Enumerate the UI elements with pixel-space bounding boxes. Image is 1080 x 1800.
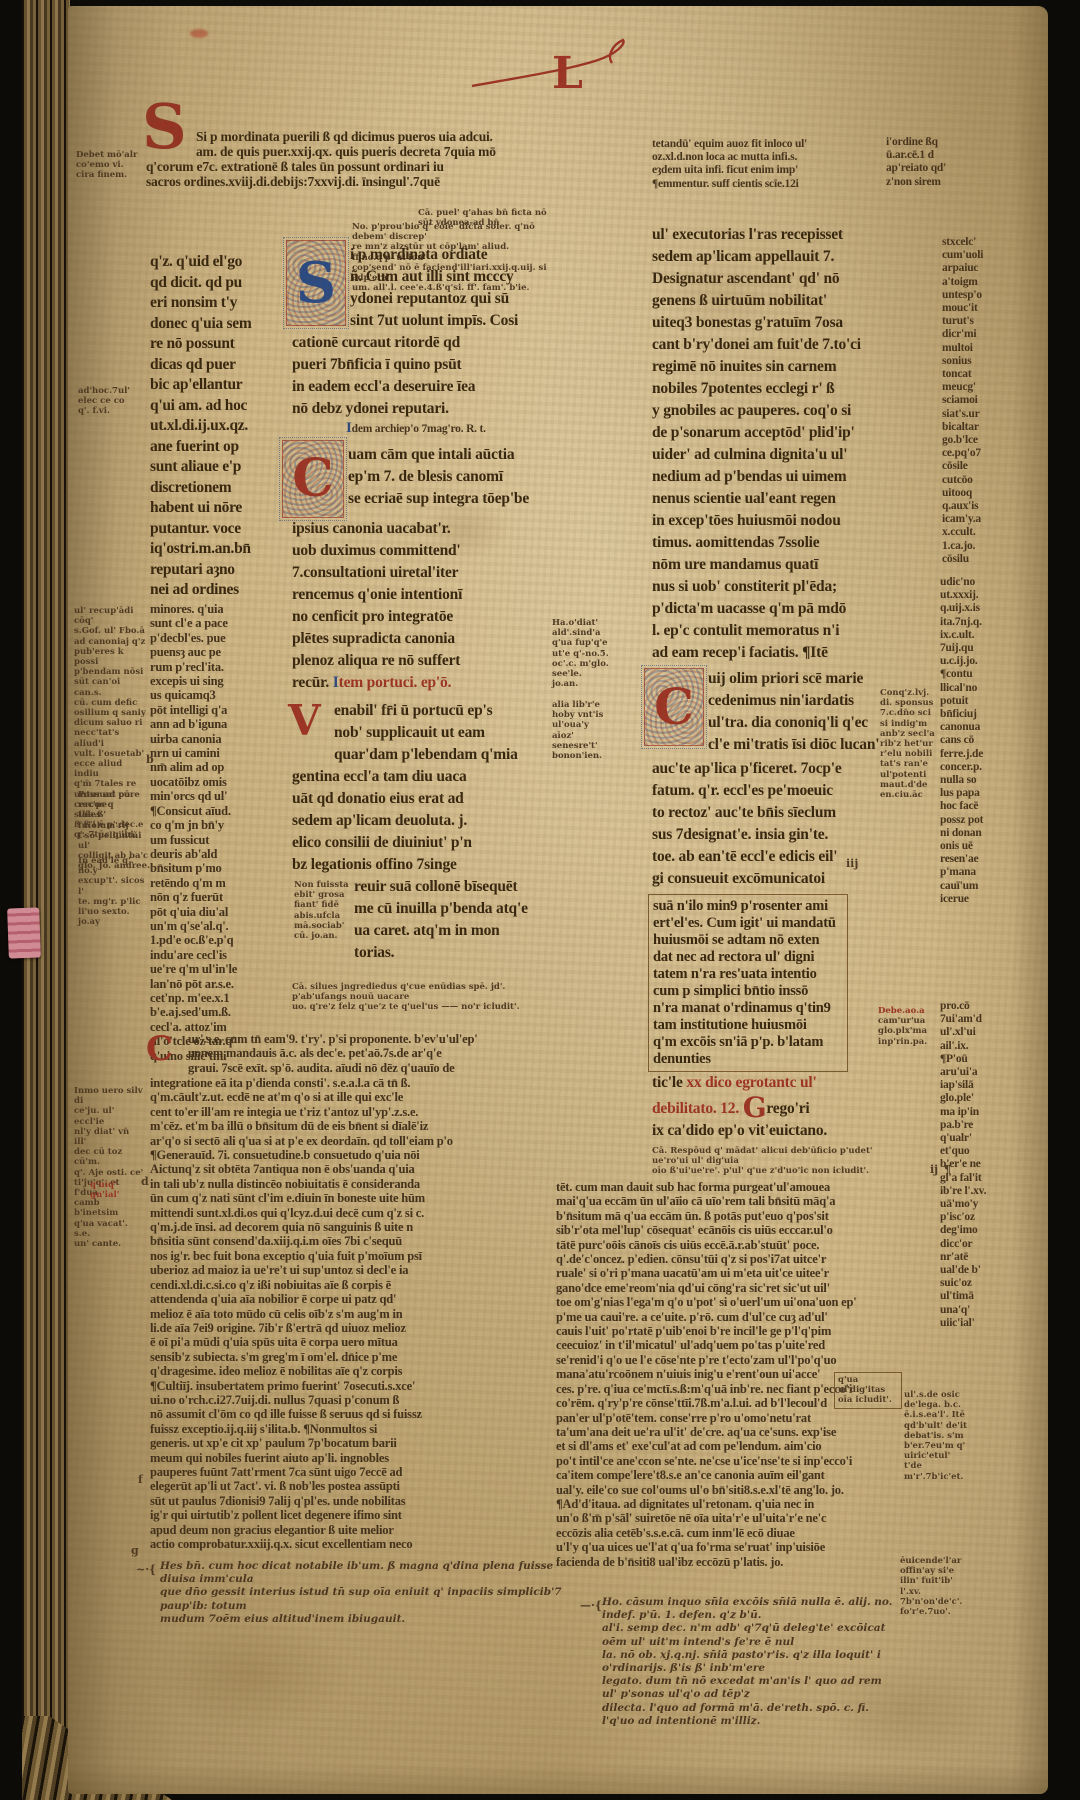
gloss-narrow-column: q'z. q'uid el'goqd dicit. qd pueri nonsi…: [150, 252, 288, 601]
margin-note: Conq'z.lvj.di. sponsus7.c.dn̄o scisi ind…: [880, 688, 938, 800]
main-text: ipsius canonia uacabat'r.uob duximus com…: [292, 518, 548, 672]
boxed-text: suā n'ilo min9 p'rosenter amiert'el'es. …: [653, 898, 843, 1068]
margin-note-red: Debe.ao.a: [878, 1006, 925, 1016]
main-text: i p mordinata ordiateñ. Cum aut illi sin…: [350, 244, 548, 332]
decorated-initial-c: C: [282, 440, 344, 518]
red-ink-smudge: [190, 29, 208, 38]
margin-gloss-column: udic'nout.xxxij.q.uij.x.isita.7nj.q.ix.c…: [940, 576, 1028, 906]
initial-v-red: V: [288, 700, 321, 742]
quire-mark-flourish-icon: L: [468, 36, 648, 102]
margin-note: ad'hoc.7ul'elec ce coq'. f.vi.: [78, 386, 140, 417]
initial-letter: C: [654, 682, 694, 732]
gloss-intro: q'corum e7c. extrationē ß tales ūn possu…: [146, 160, 548, 190]
margin-note-text: cam'ur'uaglo.plx'mainp'rin.pa.: [878, 1016, 936, 1047]
margin-note: Debe.ao.a cam'ur'uaglo.plx'mainp'rin.pa.: [878, 1006, 936, 1047]
margin-note-text: q'ua ul'dig'itasoīa icludit'.: [838, 1375, 898, 1406]
bookmark-ribbon: [7, 907, 41, 958]
commentary-block: ur'.s.e. cum tn̄ eam'9. t'ry'. p'si prop…: [188, 1032, 548, 1075]
section-numeral: iij: [846, 858, 858, 869]
footnote: Ho. cāsum inquo sn̄ia excōis sn̄iā nulla…: [602, 1596, 898, 1728]
manuscript-photo: L Debet mō'alrco'emo vi.cira finem. ad'h…: [0, 0, 1080, 1800]
main-text-item-line: recūr. Item portuci. ep'ō.: [292, 672, 548, 694]
initial-s-red: S: [142, 96, 187, 158]
main-text: cationē curcaut ritordē qdpueri 7bn̄fici…: [292, 332, 548, 420]
margin-letter: g: [131, 1545, 139, 1556]
margin-gloss-column: pro.cō7ui'am'dul'.xl'uiail'.ix.¶P'oūaru'…: [940, 1000, 1028, 1330]
rubric-line: tic'le xx dico egrotantc ul': [652, 1072, 884, 1094]
boxed-margin-note: q'ua ul'dig'itasoīa icludit'.: [834, 1372, 902, 1409]
gloss-footer: Cā. silues jngrediedus q'cue enūdias spē…: [292, 982, 550, 1013]
rubric-line: debilitato. 12. Grego'ri: [652, 1094, 884, 1122]
margin-note-red: q'uīq'gn'ial': [90, 1180, 140, 1200]
rubric-line: ix ca'dido ep'o vit'euictano.: [652, 1120, 884, 1142]
main-text: auc'te ap'lica p'ficeret. 7ocp'efatum. q…: [652, 758, 882, 890]
section-numeral: ij: [930, 1164, 938, 1175]
margin-note: In ead'le g'. no.yexcup't'. sicos l'te. …: [78, 856, 146, 927]
main-text: gentina eccl'a tam diu uacauāt qd donati…: [292, 766, 548, 876]
gloss-top: tetandū' equim auoz fit inloco ul'oz.xl.…: [652, 138, 882, 191]
margin-letter: f: [138, 1474, 143, 1485]
address-text: dem archiep'o 7mag'ro. R. t.: [352, 423, 486, 435]
line-fragment: recūr.: [292, 674, 333, 691]
gloss-intro: Si p mordinata puerili ß qd dicimus puer…: [196, 130, 548, 160]
main-text: uam cām que intali aūctiaep'm 7. de bles…: [348, 444, 548, 510]
interlinear-note: Non fuisstaebit' grosafiant' fidēabis.uf…: [294, 880, 350, 941]
rubric-text: xx dico egrotantc ul': [686, 1074, 816, 1091]
main-text: enabil' fr̄i ū portucū ep'snob' supplica…: [334, 700, 548, 766]
margin-gloss-column: stxcelc'cum'uoliarpaiuca'toigmuntesp'omo…: [942, 236, 1028, 566]
margin-letter: d: [141, 1176, 149, 1187]
margin-note: ēuicende'l'aroffin'ay si'eilin' fuit'ib'…: [900, 1556, 966, 1617]
initial-letter: S: [296, 255, 336, 311]
svg-text:L: L: [552, 48, 583, 99]
decorated-initial-s: S: [286, 240, 346, 326]
line-fragment: rego'ri: [766, 1100, 809, 1117]
decorated-initial-c: C: [644, 668, 704, 746]
margin-note: Inmo uero silv dice'ju. ul' eccl'ienl'y …: [74, 1086, 144, 1249]
rubric-text: debilitato. 12.: [652, 1100, 739, 1117]
margin-note: ul'.s.de osicde'lega. b.c.ē.i.s.ea'l'. I…: [904, 1390, 970, 1482]
page-stack-edge: [22, 0, 70, 1800]
initial-letter: C: [292, 453, 333, 505]
margin-note: Debet mō'alrco'emo vi.cira finem.: [76, 150, 140, 181]
gloss-mid: Cā. Respōud q' mādat' alicui deb'ūficio …: [652, 1146, 882, 1177]
main-text: uij olim priori scē mariecedenimus nin'i…: [708, 668, 882, 756]
line-fragment: tic'le: [652, 1074, 686, 1091]
rubric-text: tem portuci. ep'ō.: [339, 674, 452, 691]
margin-gloss: i'ordine ßqū.ar.cē.1 dap'reiato qd'z'non…: [886, 136, 1034, 189]
main-text: ul' executorias l'ras recepissetsedem ap…: [652, 224, 882, 664]
commentary-block: integratione eā ita p'dienda consti'. s.…: [150, 1076, 548, 1551]
main-text: reuir suā collonē bīsequētme cū inuilla …: [354, 876, 548, 964]
boxed-addition: suā n'ilo min9 p'rosenter amiert'el'es. …: [648, 894, 848, 1072]
gloss-narrow-column: minores. q'uiasunt cl'e a pacep'decbl'es…: [150, 602, 288, 1063]
footnote-tie-mark: —·{: [580, 1600, 602, 1611]
footnote: Hes bn̄. cum hoc dicat notabile ib'um. ß…: [160, 1560, 564, 1626]
quire-mark: L: [468, 36, 648, 107]
interlinear-note: alia lib'r'ehoby vnt'isul'oua'y aīoz'sen…: [552, 700, 610, 761]
rubric-address: Idem archiep'o 7mag'ro. R. t.: [346, 422, 550, 436]
interlinear-note: Ha.o'diat'ald'.sind'aq'ua fup'q'eut'e q'…: [552, 618, 610, 689]
initial-c-red: C: [146, 1032, 173, 1066]
footnote-tie-mark: ~·{: [136, 1564, 156, 1575]
commentary-block: tēt. cum man dauit sub hac forma purgeat…: [556, 1180, 880, 1569]
